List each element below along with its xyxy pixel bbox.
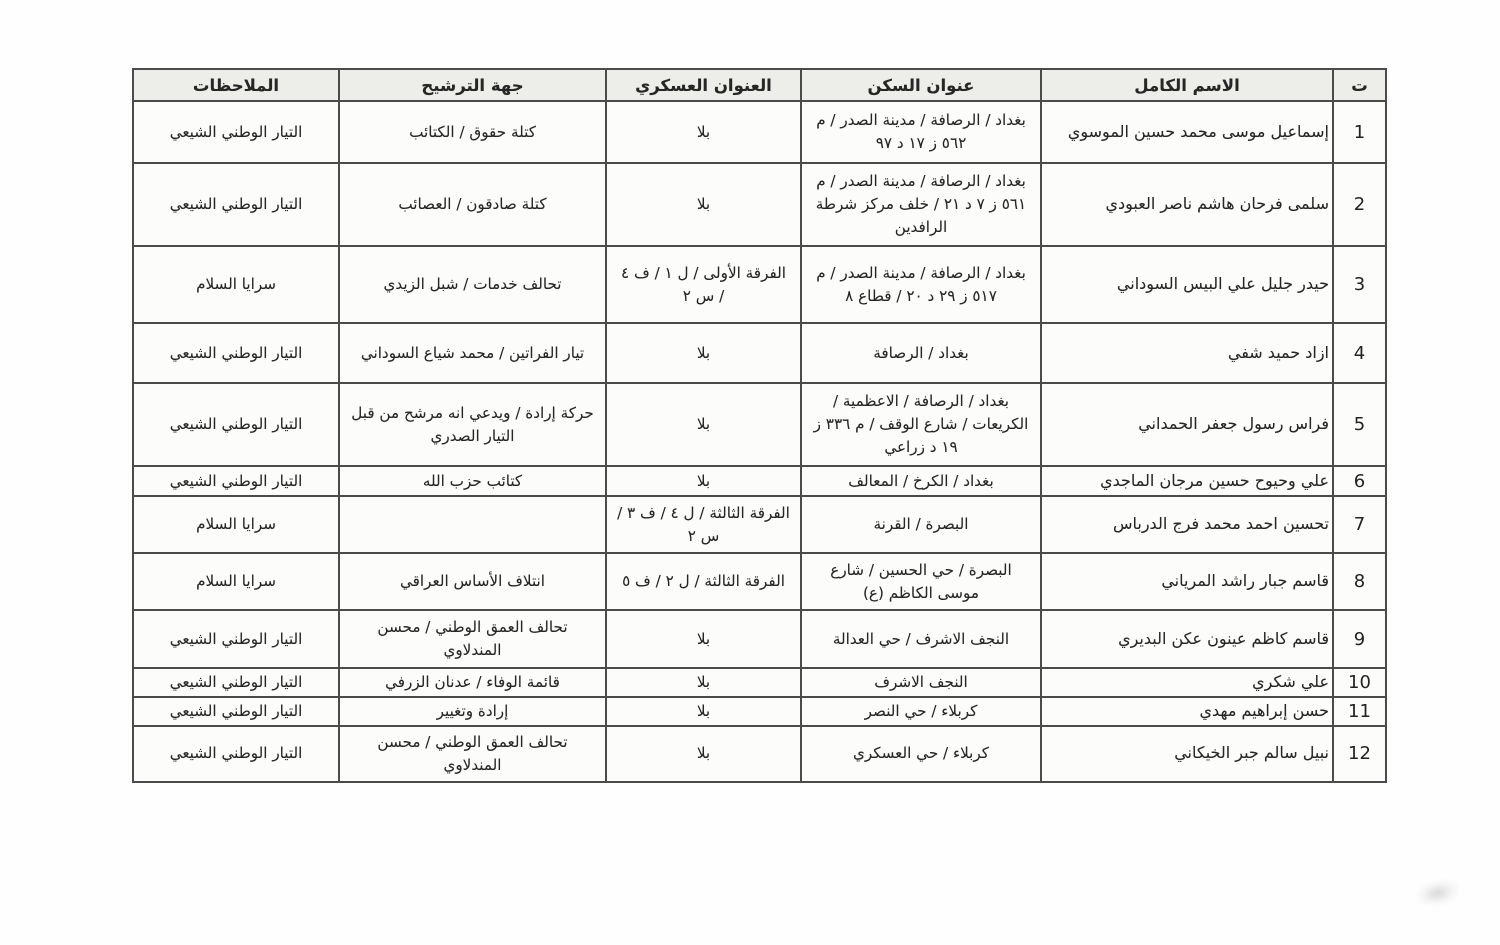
cell-nomination: قائمة الوفاء / عدنان الزرفي [339, 668, 606, 697]
cell-address: البصرة / القرنة [801, 496, 1041, 553]
cell-address: بغداد / الرصافة / مدينة الصدر / م ٥٦١ ز … [801, 163, 1041, 246]
cell-address: كربلاء / حي العسكري [801, 726, 1041, 782]
cell-nomination: حركة إرادة / ويدعي انه مرشح من قبل التيا… [339, 383, 606, 466]
cell-address: بغداد / الكرخ / المعالف [801, 466, 1041, 496]
table-row: 6علي وحيوح حسين مرجان الماجديبغداد / الك… [133, 466, 1386, 496]
cell-military: الفرقة الأولى / ل ١ / ف ٤ / س ٢ [606, 246, 801, 323]
cell-notes: التيار الوطني الشيعي [133, 668, 339, 697]
cell-military: بلا [606, 323, 801, 383]
cell-name: فراس رسول جعفر الحمداني [1041, 383, 1333, 466]
cell-num: 5 [1333, 383, 1386, 466]
cell-notes: سرايا السلام [133, 496, 339, 553]
cell-notes: سرايا السلام [133, 553, 339, 610]
cell-notes: التيار الوطني الشيعي [133, 383, 339, 466]
cell-military: بلا [606, 466, 801, 496]
table-row: 10علي شكريالنجف الاشرفبلاقائمة الوفاء / … [133, 668, 1386, 697]
cell-address: النجف الاشرف / حي العدالة [801, 610, 1041, 668]
cell-notes: سرايا السلام [133, 246, 339, 323]
cell-name: سلمى فرحان هاشم ناصر العبودي [1041, 163, 1333, 246]
cell-num: 7 [1333, 496, 1386, 553]
table-body: 1إسماعيل موسى محمد حسين الموسويبغداد / ا… [133, 101, 1386, 782]
cell-nomination: تحالف العمق الوطني / محسن المندلاوي [339, 610, 606, 668]
cell-name: قاسم كاظم عينون عكن البديري [1041, 610, 1333, 668]
cell-military: بلا [606, 726, 801, 782]
cell-name: إسماعيل موسى محمد حسين الموسوي [1041, 101, 1333, 163]
cell-nomination: كتلة صادقون / العصائب [339, 163, 606, 246]
candidates-table: ت الاسم الكامل عنوان السكن العنوان العسك… [132, 68, 1387, 783]
cell-notes: التيار الوطني الشيعي [133, 610, 339, 668]
cell-name: ازاد حميد شفي [1041, 323, 1333, 383]
header-military-address: العنوان العسكري [606, 69, 801, 101]
cell-notes: التيار الوطني الشيعي [133, 726, 339, 782]
cell-address: بغداد / الرصافة / الاعظمية / الكريعات / … [801, 383, 1041, 466]
cell-nomination [339, 496, 606, 553]
cell-num: 4 [1333, 323, 1386, 383]
cell-name: علي شكري [1041, 668, 1333, 697]
cell-num: 3 [1333, 246, 1386, 323]
header-row: ت الاسم الكامل عنوان السكن العنوان العسك… [133, 69, 1386, 101]
cell-notes: التيار الوطني الشيعي [133, 697, 339, 726]
header-notes: الملاحظات [133, 69, 339, 101]
cell-notes: التيار الوطني الشيعي [133, 101, 339, 163]
cell-address: بغداد / الرصافة / مدينة الصدر / م ٥٦٢ ز … [801, 101, 1041, 163]
cell-nomination: تحالف العمق الوطني / محسن المندلاوي [339, 726, 606, 782]
header-full-name: الاسم الكامل [1041, 69, 1333, 101]
cell-address: النجف الاشرف [801, 668, 1041, 697]
table-row: 12نبيل سالم جبر الخيكانيكربلاء / حي العس… [133, 726, 1386, 782]
cell-name: علي وحيوح حسين مرجان الماجدي [1041, 466, 1333, 496]
header-home-address: عنوان السكن [801, 69, 1041, 101]
cell-address: بغداد / الرصافة [801, 323, 1041, 383]
cell-military: بلا [606, 163, 801, 246]
cell-num: 9 [1333, 610, 1386, 668]
table-row: 8قاسم جبار راشد المريانيالبصرة / حي الحس… [133, 553, 1386, 610]
cell-name: تحسين احمد محمد فرج الدرباس [1041, 496, 1333, 553]
cell-notes: التيار الوطني الشيعي [133, 466, 339, 496]
scan-smudge-artifact [1413, 876, 1463, 911]
table-row: 4ازاد حميد شفيبغداد / الرصافةبلاتيار الف… [133, 323, 1386, 383]
cell-military: بلا [606, 383, 801, 466]
table-row: 2سلمى فرحان هاشم ناصر العبوديبغداد / الر… [133, 163, 1386, 246]
cell-num: 6 [1333, 466, 1386, 496]
header-nominating-body: جهة الترشيح [339, 69, 606, 101]
cell-nomination: إرادة وتغيير [339, 697, 606, 726]
cell-nomination: كتلة حقوق / الكتائب [339, 101, 606, 163]
cell-military: بلا [606, 697, 801, 726]
cell-address: بغداد / الرصافة / مدينة الصدر / م ٥١٧ ز … [801, 246, 1041, 323]
cell-nomination: انتلاف الأساس العراقي [339, 553, 606, 610]
cell-name: حسن إبراهيم مهدي [1041, 697, 1333, 726]
table-row: 9قاسم كاظم عينون عكن البديريالنجف الاشرف… [133, 610, 1386, 668]
table-row: 11حسن إبراهيم مهديكربلاء / حي النصربلاإر… [133, 697, 1386, 726]
cell-military: بلا [606, 668, 801, 697]
cell-num: 2 [1333, 163, 1386, 246]
table-row: 7تحسين احمد محمد فرج الدرباسالبصرة / الق… [133, 496, 1386, 553]
table-row: 5فراس رسول جعفر الحمدانيبغداد / الرصافة … [133, 383, 1386, 466]
cell-nomination: كتائب حزب الله [339, 466, 606, 496]
cell-military: الفرقة الثالثة / ل ٢ / ف ٥ [606, 553, 801, 610]
cell-notes: التيار الوطني الشيعي [133, 163, 339, 246]
header-number: ت [1333, 69, 1386, 101]
cell-military: بلا [606, 610, 801, 668]
cell-name: حيدر جليل علي البيس السوداني [1041, 246, 1333, 323]
cell-num: 11 [1333, 697, 1386, 726]
cell-num: 10 [1333, 668, 1386, 697]
table-row: 1إسماعيل موسى محمد حسين الموسويبغداد / ا… [133, 101, 1386, 163]
cell-military: بلا [606, 101, 801, 163]
scanned-document-page: ت الاسم الكامل عنوان السكن العنوان العسك… [0, 0, 1500, 945]
cell-name: نبيل سالم جبر الخيكاني [1041, 726, 1333, 782]
table-header: ت الاسم الكامل عنوان السكن العنوان العسك… [133, 69, 1386, 101]
cell-notes: التيار الوطني الشيعي [133, 323, 339, 383]
cell-address: كربلاء / حي النصر [801, 697, 1041, 726]
cell-num: 12 [1333, 726, 1386, 782]
table-row: 3حيدر جليل علي البيس السودانيبغداد / الر… [133, 246, 1386, 323]
cell-num: 8 [1333, 553, 1386, 610]
cell-nomination: تحالف خدمات / شبل الزيدي [339, 246, 606, 323]
cell-num: 1 [1333, 101, 1386, 163]
cell-nomination: تيار الفراتين / محمد شياع السوداني [339, 323, 606, 383]
cell-address: البصرة / حي الحسين / شارع موسى الكاظم (ع… [801, 553, 1041, 610]
cell-military: الفرقة الثالثة / ل ٤ / ف ٣ / س ٢ [606, 496, 801, 553]
cell-name: قاسم جبار راشد المرياني [1041, 553, 1333, 610]
